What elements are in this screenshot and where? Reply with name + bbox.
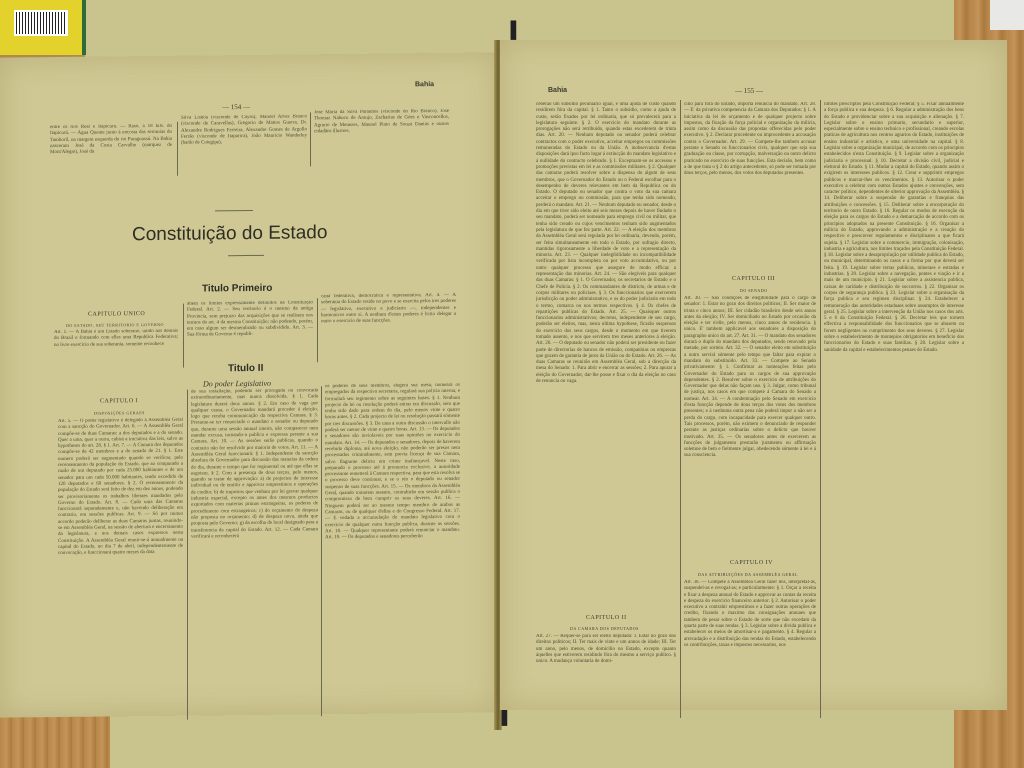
column-rule bbox=[321, 386, 322, 716]
divider bbox=[215, 210, 253, 211]
column-rule bbox=[310, 112, 311, 166]
capitulo-ii-subheading: DA CAMARA DOS DEPUTADOS bbox=[570, 626, 639, 631]
capitulo-iv-subheading: DAS ATTRIBUIÇÕES DA ASSEMBLÉA GERAL bbox=[698, 572, 798, 577]
binding-clip-bottom-icon: ▐ bbox=[496, 708, 507, 726]
titulo-ii-column-3: os poderes de seus membros, elegerá sua … bbox=[325, 383, 460, 710]
capitulo-ii-text: Art. 27. — Requer-se para ser eleito dep… bbox=[536, 634, 676, 714]
right-column-2-senado: Art. 30. — São condições de elegibilidad… bbox=[684, 296, 816, 552]
capitulo-ii-heading: CAPITULO II bbox=[586, 615, 627, 621]
barcode-icon bbox=[14, 10, 68, 36]
top-column-2: Silva Lisbôa (visconde de Cayrú), Manoel… bbox=[181, 114, 307, 173]
capitulo-iii-subheading: DO SENADO bbox=[740, 288, 768, 293]
right-column-1: ceberão um subsidio pecuniario igual, e … bbox=[536, 102, 676, 614]
divider bbox=[228, 255, 264, 256]
left-page: Bahia — 154 — entre os rios Real e Itapi… bbox=[0, 52, 497, 717]
document-title: Constituição do Estado bbox=[132, 222, 327, 246]
titulo-ii-heading: Titulo II bbox=[228, 363, 263, 374]
capitulo-iv-heading: CAPITULO IV bbox=[730, 560, 773, 566]
column-rule bbox=[820, 100, 821, 718]
capitulo-iv-text: Art. 36. — Compete á Assembléa Geral faz… bbox=[684, 580, 816, 714]
column-rule bbox=[183, 304, 184, 368]
papers-stack-corner bbox=[990, 0, 1024, 30]
right-running-head: Bahia bbox=[548, 87, 567, 94]
capitulo-unico-heading: CAPITULO UNICO bbox=[88, 311, 145, 318]
column-rule bbox=[187, 390, 188, 720]
right-column-2-top: cilio para fóra do Estado, importa renun… bbox=[684, 102, 816, 268]
right-page: Bahia — 155 — ceberão um subsidio pecuni… bbox=[500, 40, 1007, 710]
top-column-3: José Maria da Silva Paranhos (visconde d… bbox=[314, 109, 449, 158]
product-box-with-barcode bbox=[0, 0, 86, 55]
titulo-ii-column-2: de sua installação, podendo ser prorogad… bbox=[191, 388, 318, 711]
titulo-primeiro-column-2: ahem os limites expressamente definidos … bbox=[187, 300, 313, 363]
titulo-primeiro-column-3: cana federativa, democratica e represent… bbox=[321, 293, 456, 340]
column-rule bbox=[317, 298, 318, 362]
capitulo-unico-subheading: DO ESTADO, SEU TERRITORIO E GOVERNO bbox=[66, 322, 164, 328]
column-rule bbox=[680, 100, 681, 718]
titulo-primeiro-column-1: Art. 1. — A Bahia é um Estado soberano, … bbox=[54, 329, 178, 364]
right-page-number: — 155 — bbox=[735, 87, 763, 95]
right-column-3: limites prescriptos pela Constituição Fe… bbox=[824, 102, 964, 710]
titulo-primeiro-heading: Titulo Primeiro bbox=[202, 283, 272, 295]
left-page-number: — 154 — bbox=[222, 103, 250, 111]
titulo-ii-column-1: Art. 5. — O poder legislativo é delegado… bbox=[58, 418, 183, 714]
binding-clip-top-icon: ▐ bbox=[505, 22, 516, 40]
column-rule bbox=[177, 122, 178, 176]
titulo-ii-subheading: Do poder Legislativo bbox=[203, 379, 271, 389]
capitulo-i-subheading: DISPOSIÇÕES GERAES bbox=[94, 410, 145, 416]
capitulo-iii-heading: CAPITULO III bbox=[732, 276, 775, 282]
left-running-head: Bahia bbox=[415, 81, 434, 88]
top-column-1: entre os rios Real e Itapicurú. — Raso, … bbox=[50, 124, 172, 177]
capitulo-i-heading: CAPITULO I bbox=[100, 398, 138, 404]
